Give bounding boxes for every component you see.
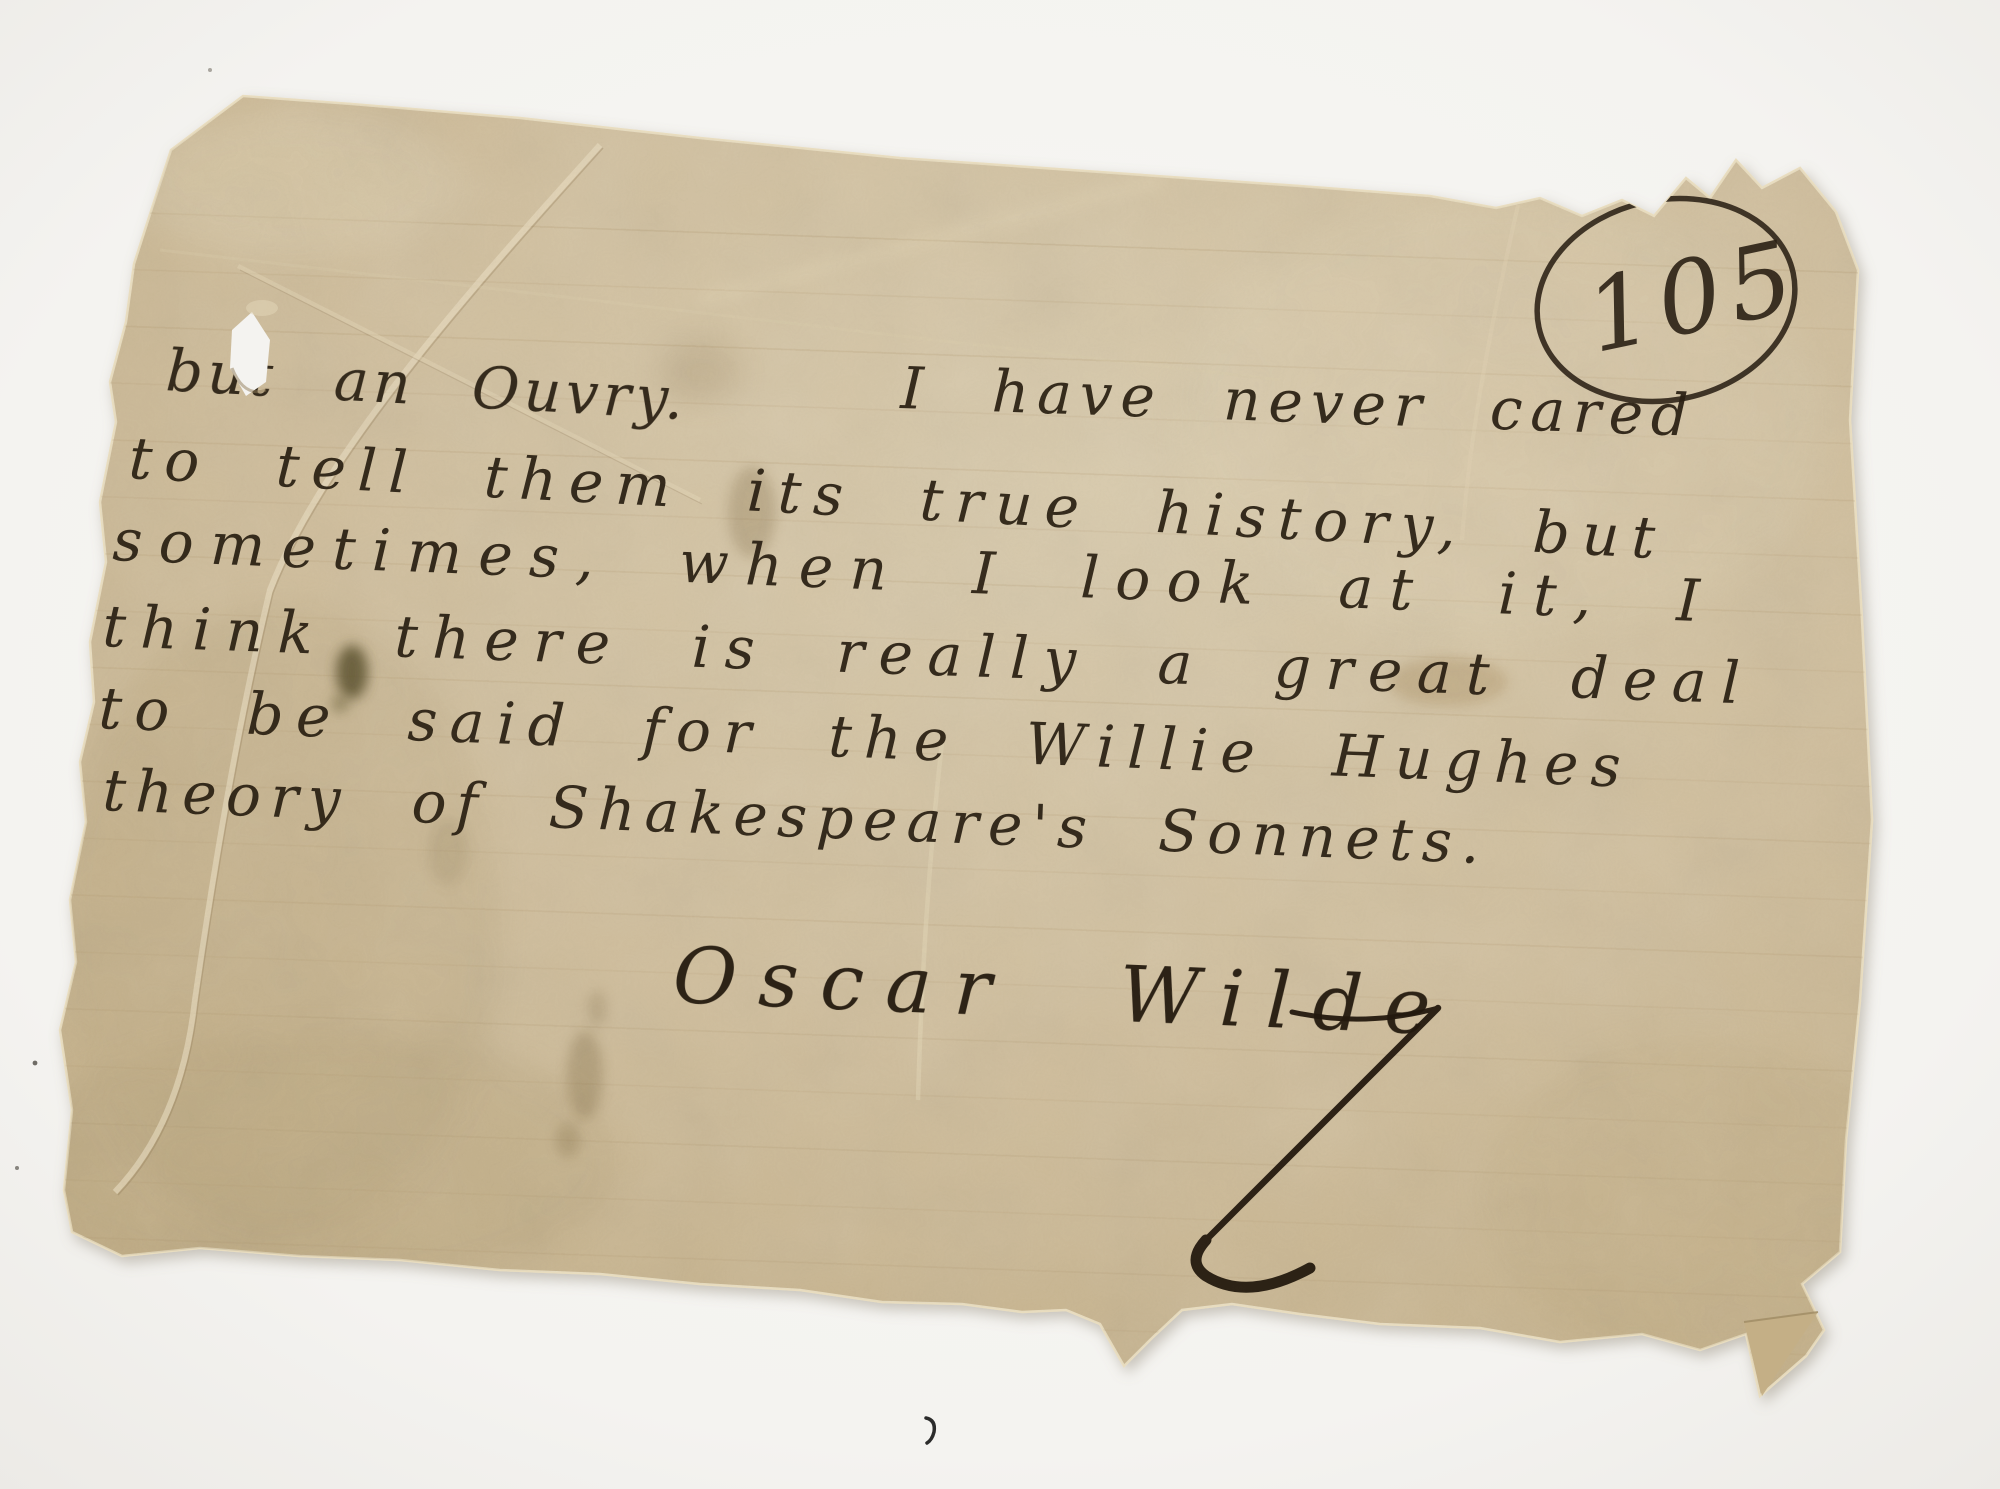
letter-scan-canvas: 105 but an Ouvry. I have never cared to … <box>0 0 2000 1489</box>
scanned-letter-page: 105 but an Ouvry. I have never cared to … <box>0 0 2000 1489</box>
